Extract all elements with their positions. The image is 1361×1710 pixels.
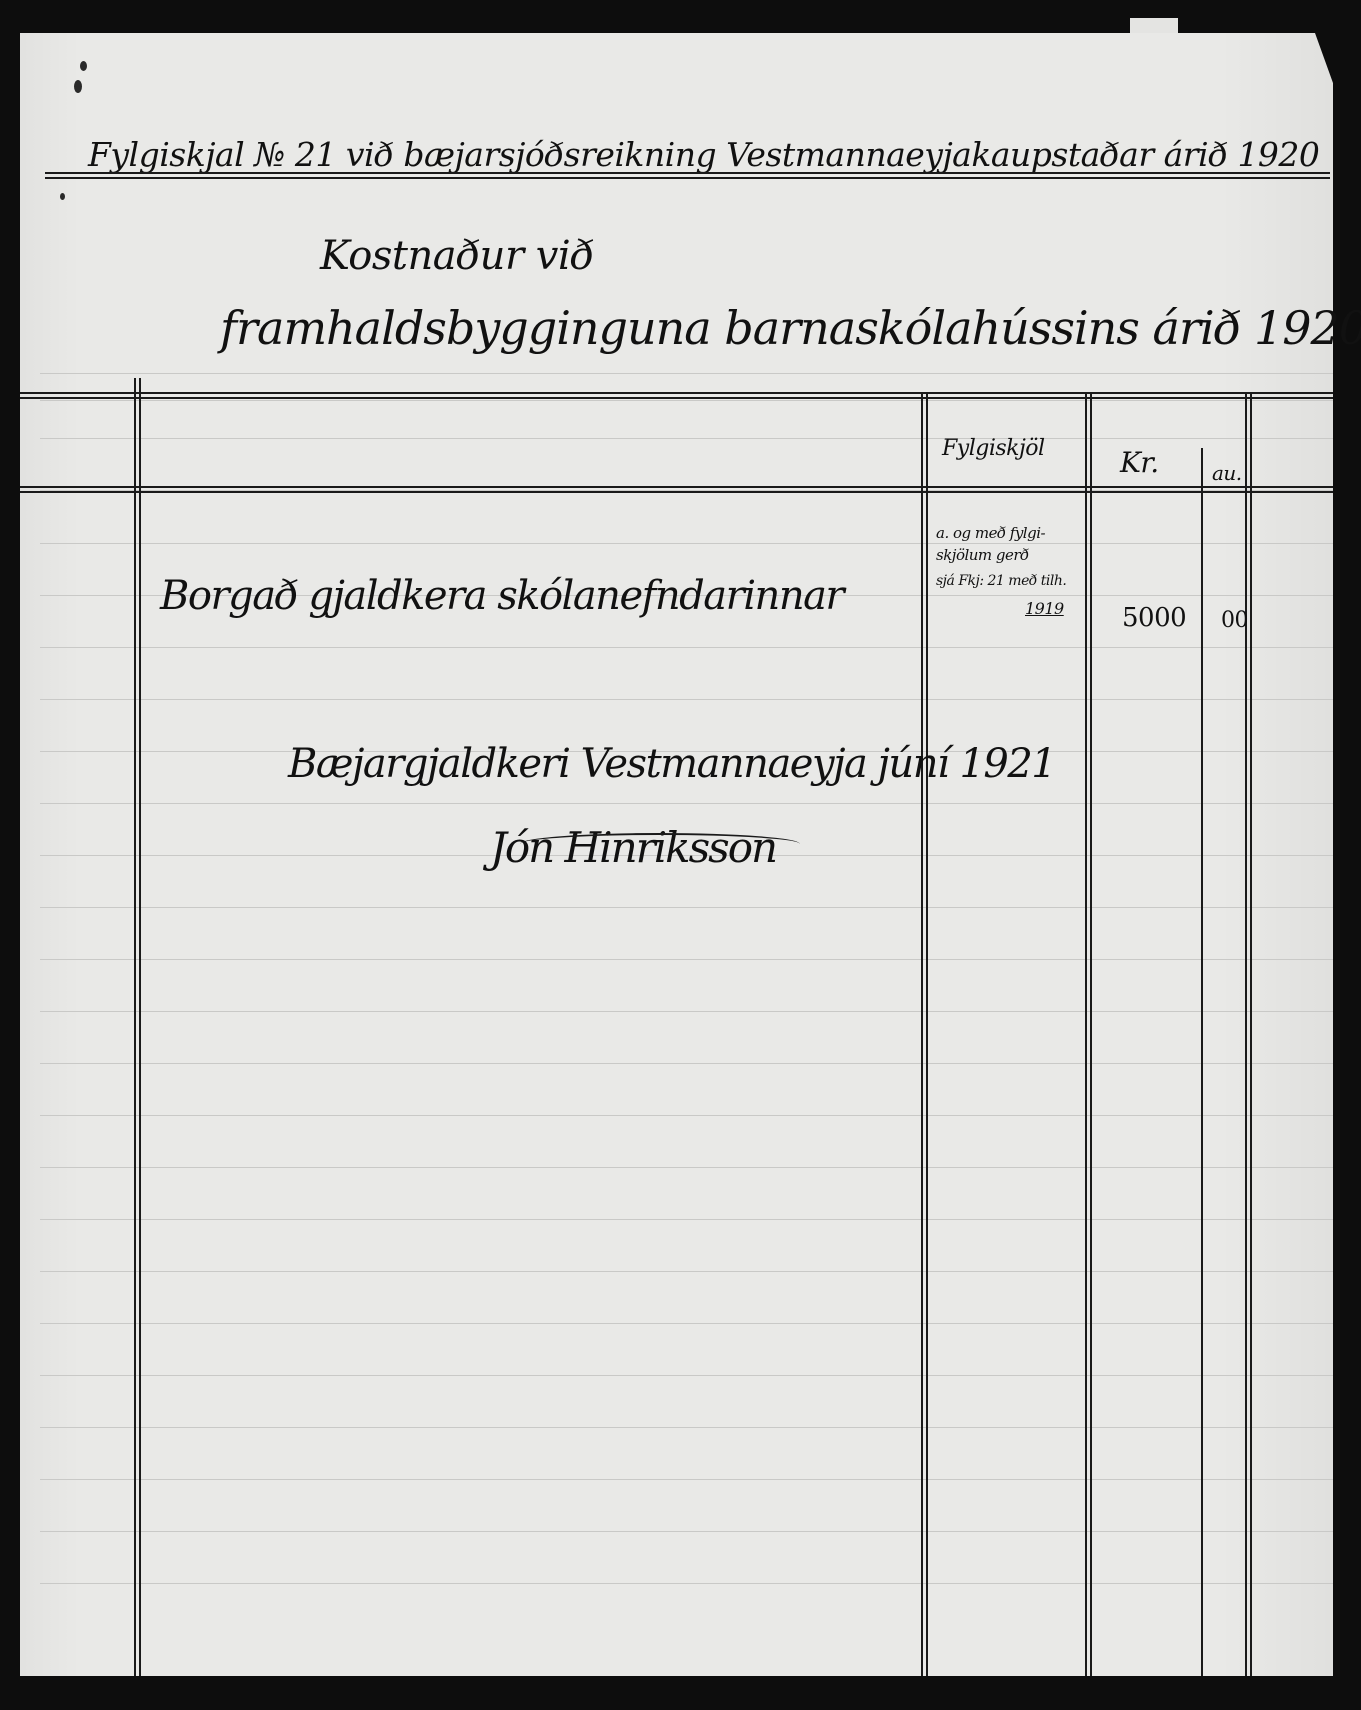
row-voucher-line-1: a. og með fylgi- (936, 520, 1045, 546)
ruled-line (40, 803, 1333, 804)
ruled-line (40, 400, 1333, 401)
ruled-line (40, 1531, 1333, 1532)
ruled-line (40, 1011, 1333, 1012)
signature-flourish (520, 833, 800, 855)
table-header-border (20, 486, 1333, 493)
row-amount-kr: 5000 (1122, 603, 1186, 633)
column-divider-margin (134, 378, 141, 1676)
row-amount-aur: 00 (1221, 608, 1248, 633)
row-voucher-line-2: skjölum gerð (936, 546, 1029, 564)
column-divider-aur (1201, 448, 1203, 1676)
header-line: Fylgiskjal № 21 við bæjarsjóðsreikning V… (88, 135, 1319, 174)
column-divider-right (1245, 393, 1252, 1676)
column-header-aur: au. (1212, 461, 1242, 485)
ruled-line (40, 699, 1333, 700)
row-description: Borgað gjaldkera skólanefndarinnar (160, 573, 843, 619)
torn-corner (1315, 33, 1333, 83)
ruled-line (40, 1219, 1333, 1220)
ruled-line (40, 1323, 1333, 1324)
table-top-border (20, 392, 1333, 399)
ruled-line (40, 373, 1333, 374)
ruled-line (40, 1063, 1333, 1064)
ruled-line (40, 959, 1333, 960)
ink-spot (60, 193, 65, 200)
row-voucher-line-3: sjá Fkj: 21 með tilh. (936, 573, 1066, 589)
ruled-line (40, 1271, 1333, 1272)
ledger-page: Fylgiskjal № 21 við bæjarsjóðsreikning V… (20, 33, 1333, 1676)
place-date: Bæjargjaldkeri Vestmannaeyja júní 1921 (288, 741, 1055, 787)
ink-spot (80, 61, 87, 71)
ruled-line (40, 1375, 1333, 1376)
ruled-line (40, 438, 1333, 439)
column-header-kr: Kr. (1120, 446, 1159, 479)
ruled-line (40, 1427, 1333, 1428)
column-divider-voucher (921, 393, 928, 1676)
ruled-line (40, 1115, 1333, 1116)
ruled-line (40, 907, 1333, 908)
ink-spot (74, 80, 82, 93)
ruled-line (40, 647, 1333, 648)
title-line-2: framhaldsbygginguna barnaskólahússins ár… (220, 301, 1361, 355)
row-voucher-line-4: 1919 (1025, 599, 1064, 618)
header-underline (45, 172, 1330, 179)
ruled-line (40, 543, 1333, 544)
title-line-1: Kostnaður við (320, 233, 594, 279)
ruled-line (40, 1167, 1333, 1168)
ruled-line (40, 1583, 1333, 1584)
column-header-voucher: Fylgiskjöl (942, 436, 1045, 461)
column-divider-kr (1085, 393, 1092, 1676)
ruled-line (40, 1479, 1333, 1480)
